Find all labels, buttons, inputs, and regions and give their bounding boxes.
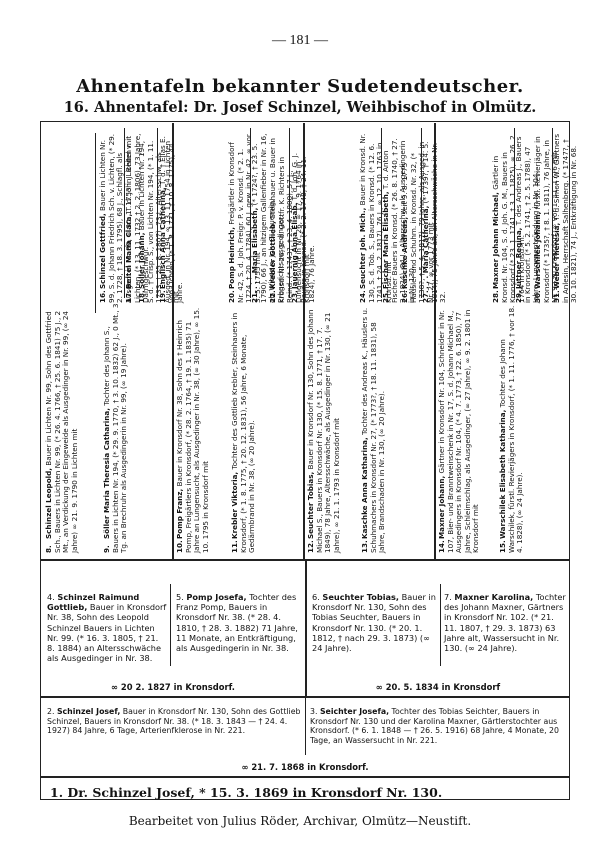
section-divider xyxy=(40,776,570,778)
ancestor-entry-31: 31.Weber Theresia, T. d. Simon W., Gärtn… xyxy=(553,133,579,303)
ancestor-entry-12: 12.Seuchter Tobias, Bauer in Kronsdorf N… xyxy=(307,303,341,553)
ancestor-entry-4: 4. Schinzel Raimund Gottlieb, Bauer in K… xyxy=(47,592,167,663)
ancestor-entry-7: 7. Maxner Karolina, Tochter des Johann M… xyxy=(444,592,568,653)
author-credit: Bearbeitet von Julius Röder, Archivar, O… xyxy=(0,814,600,828)
marriage-6-7: ∞ 20. 5. 1834 in Kronsdorf xyxy=(307,682,569,692)
ancestor-entry-10: 10.Pomp Franz, Bauer in Kronsdorf Nr. 38… xyxy=(176,303,210,553)
ancestor-entry-14: 14.Maxner Johann, Gärtner in Kronsdorf N… xyxy=(438,303,481,553)
ancestor-entry-27: 27.. . . Maria Catherina, (* 1739?, † 14… xyxy=(422,133,448,303)
page-title: Ahnentafeln bekannter Sudetendeutscher. xyxy=(0,76,600,97)
page-number: — 181 — xyxy=(0,33,600,49)
ancestor-entry-6: 6. Seuchter Tobias, Bauer in Kronsdorf N… xyxy=(312,592,438,653)
ancestor-entry-13: 13.Kaschke Anna Katharina, Tochter des A… xyxy=(361,303,387,553)
ancestor-entry-3: 3. Seichter Josefa, Tochter des Tobias S… xyxy=(310,707,568,745)
ancestor-entry-23: 23.Jauernig Anna Elisab. T. d. Joh. G. J… xyxy=(291,133,317,303)
ancestor-entry-11: 11.Krebler Viktoria, Tochter des Gottlie… xyxy=(231,303,257,553)
ancestor-entry-9: 9.Söller Maria Theresia Catharina, Tocht… xyxy=(103,303,129,553)
proband-entry: 1. Dr. Schinzel Josef, * 15. 3. 1869 in … xyxy=(50,785,442,800)
ancestor-entry-2: 2. Schinzel Josef, Bauer in Kronsdorf Nr… xyxy=(47,707,301,736)
ancestors-upper-block: 8.Schinzel Leopold, Bauer in Lichten Nr.… xyxy=(41,123,569,559)
marriage-2-3: ∞ 21. 7. 1868 in Kronsdorf. xyxy=(40,762,570,772)
ancestor-entry-15: 15.Warschilek Elisabeth Katharina, Tocht… xyxy=(499,303,525,553)
ancestor-entry-5: 5. Pomp Josefa, Tochter des Franz Pomp, … xyxy=(176,592,301,653)
page-subtitle: 16. Ahnentafel: Dr. Josef Schinzel, Weih… xyxy=(0,99,600,116)
marriage-4-5: ∞ 20 2. 1827 in Kronsdorf. xyxy=(42,682,304,692)
ancestor-entry-19: 19.Englisch Anna Catherina, T. d. † Elia… xyxy=(159,133,185,303)
ancestor-entry-8: 8.Schinzel Leopold, Bauer in Lichten Nr.… xyxy=(45,303,79,553)
